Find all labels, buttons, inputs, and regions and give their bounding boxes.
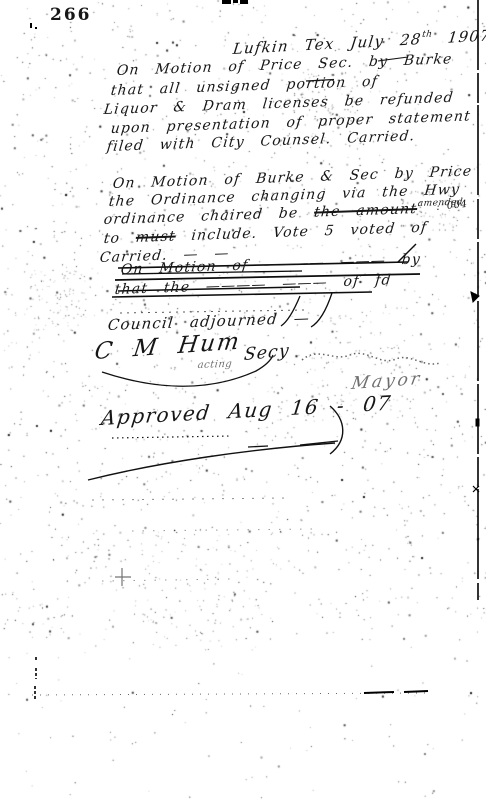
margin-rule-line	[471, 0, 479, 600]
page-number: 266	[50, 5, 92, 25]
bottom-marks	[32, 657, 432, 700]
dateline-year: 1907	[447, 26, 486, 46]
mayor-signature-squiggle	[302, 353, 440, 364]
long-sweep-flourish	[88, 443, 335, 480]
dateline-superscript: th	[421, 29, 433, 40]
secretary-qualifier: acting	[197, 360, 233, 371]
descender-flourish	[311, 293, 332, 327]
left-edge-marks	[35, 657, 36, 700]
struck-word: must	[135, 228, 177, 245]
line-text: to	[103, 230, 121, 247]
scanned-minutes-page: 266 Lufkin Tex July 28th 1907 On Motion …	[0, 0, 486, 800]
ghost-cross-mark	[115, 568, 131, 586]
left-top-mark	[30, 23, 37, 29]
secretary-title: Secy	[243, 343, 291, 364]
top-edge-fragment	[222, 0, 248, 4]
ghost-dotted-lines	[92, 498, 312, 586]
